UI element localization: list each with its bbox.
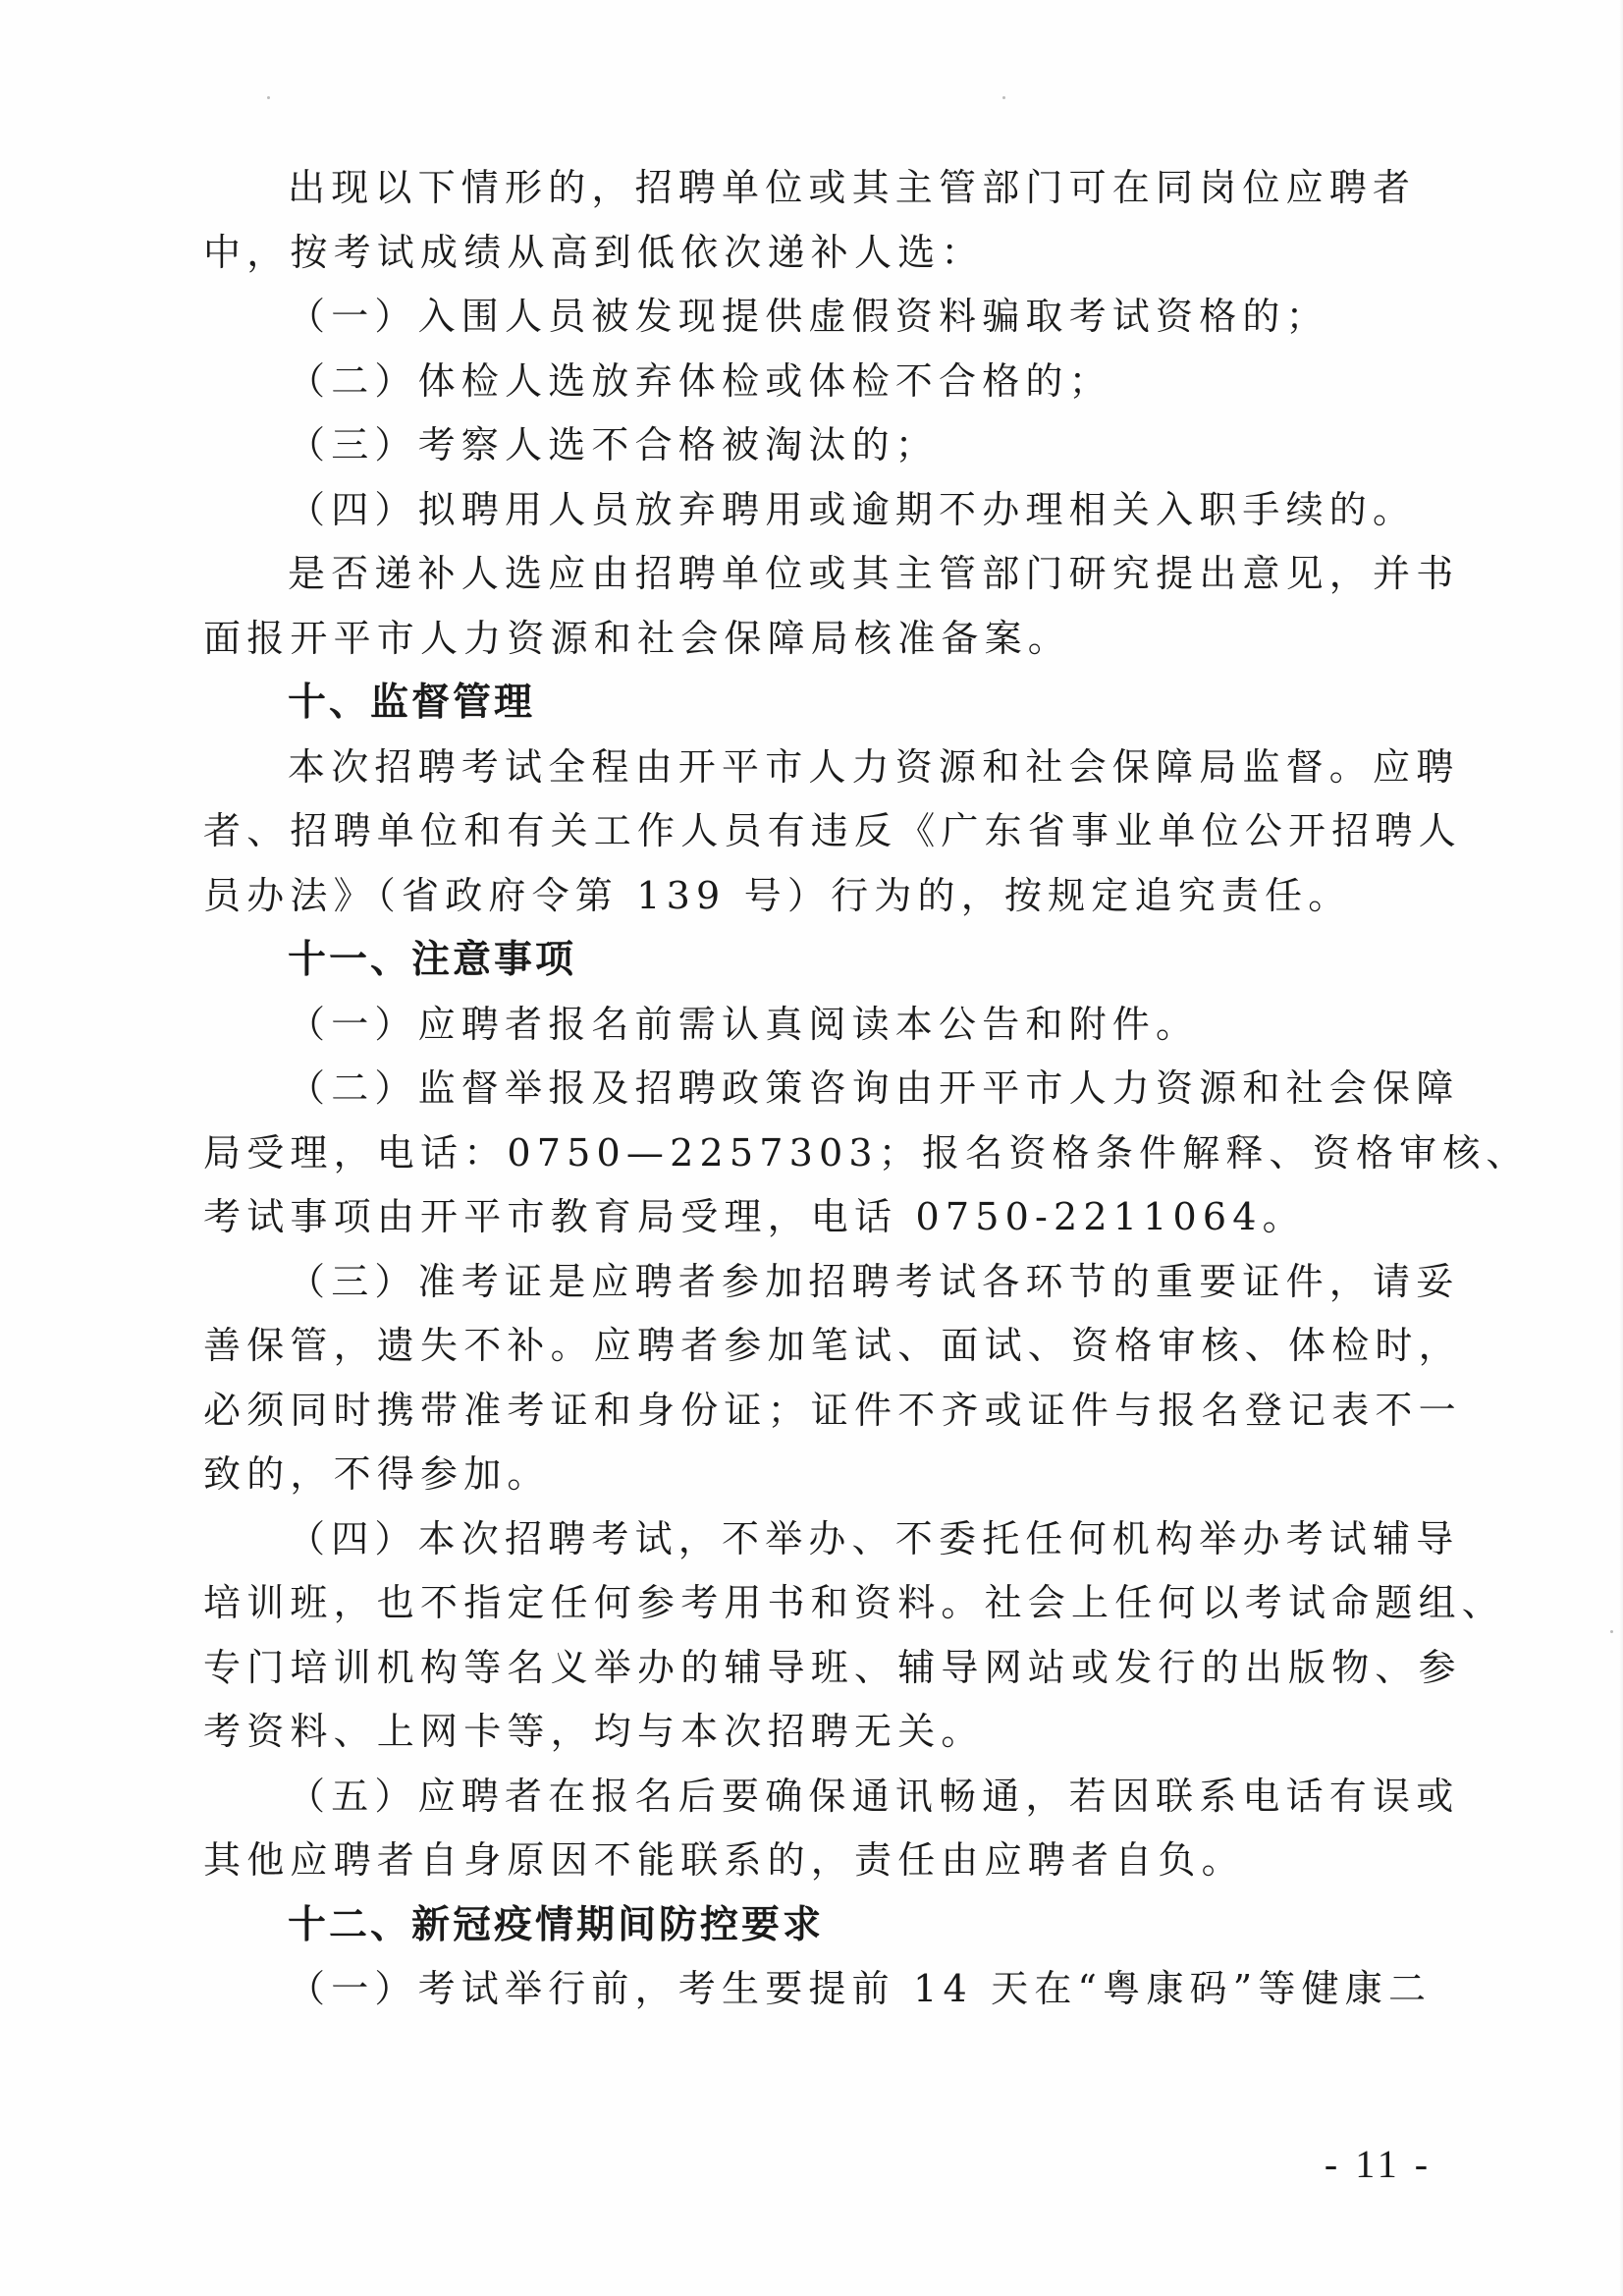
list-item: （四）拟聘用人员放弃聘用或逾期不办理相关入职手续的。 <box>203 478 1442 543</box>
list-item: （四）本次招聘考试，不举办、不委托任何机构举办考试辅导 <box>203 1507 1442 1572</box>
page-number: - 11 - <box>1312 2141 1444 2187</box>
paragraph-line: 局受理，电话：0750—2257303；报名资格条件解释、资格审核、 <box>203 1121 1442 1186</box>
document-page: 出现以下情形的，招聘单位或其主管部门可在同岗位应聘者 中，按考试成绩从高到低依次… <box>0 0 1623 2296</box>
paragraph-line: 致的，不得参加。 <box>203 1443 1442 1507</box>
scan-edge <box>1619 0 1623 2296</box>
paragraph-line: 员办法》（省政府令第 139 号）行为的，按规定追究责任。 <box>203 864 1442 929</box>
paragraph-line: 考资料、上网卡等，均与本次招聘无关。 <box>203 1700 1442 1765</box>
section-heading-supervision: 十、监督管理 <box>203 671 1442 736</box>
paragraph-line: 善保管，遗失不补。应聘者参加笔试、面试、资格审核、体检时， <box>203 1314 1442 1379</box>
paragraph-line: 中，按考试成绩从高到低依次递补人选： <box>203 221 1442 286</box>
list-item: （二）监督举报及招聘政策咨询由开平市人力资源和社会保障 <box>203 1057 1442 1121</box>
list-item: （一）应聘者报名前需认真阅读本公告和附件。 <box>203 993 1442 1058</box>
list-item: （一）入围人员被发现提供虚假资料骗取考试资格的； <box>203 285 1442 350</box>
scan-speck <box>1002 96 1005 99</box>
paragraph-line: 培训班，也不指定任何参考用书和资料。社会上任何以考试命题组、 <box>203 1571 1442 1636</box>
paragraph-line: 是否递补人选应由招聘单位或其主管部门研究提出意见，并书 <box>203 542 1442 607</box>
paragraph-line: 本次招聘考试全程由开平市人力资源和社会保障局监督。应聘 <box>203 736 1442 800</box>
section-heading-notes: 十一、注意事项 <box>203 928 1442 993</box>
scan-speck <box>267 96 270 99</box>
list-item: （二）体检人选放弃体检或体检不合格的； <box>203 350 1442 414</box>
paragraph-line: 必须同时携带准考证和身份证；证件不齐或证件与报名登记表不一 <box>203 1379 1442 1444</box>
document-body: 出现以下情形的，招聘单位或其主管部门可在同岗位应聘者 中，按考试成绩从高到低依次… <box>203 156 1442 2022</box>
paragraph-line: 专门培训机构等名义举办的辅导班、辅导网站或发行的出版物、参 <box>203 1636 1442 1701</box>
scan-speck <box>1610 1630 1613 1633</box>
list-item: （一）考试举行前，考生要提前 14 天在“粤康码”等健康二 <box>203 1957 1442 2022</box>
list-item: （五）应聘者在报名后要确保通讯畅通，若因联系电话有误或 <box>203 1765 1442 1830</box>
paragraph-line: 考试事项由开平市教育局受理，电话 0750-2211064。 <box>203 1185 1442 1250</box>
paragraph-line: 面报开平市人力资源和社会保障局核准备案。 <box>203 607 1442 672</box>
list-item: （三）准考证是应聘者参加招聘考试各环节的重要证件，请妥 <box>203 1250 1442 1315</box>
paragraph-line: 者、招聘单位和有关工作人员有违反《广东省事业单位公开招聘人 <box>203 799 1442 864</box>
list-item: （三）考察人选不合格被淘汰的； <box>203 413 1442 478</box>
paragraph-line: 其他应聘者自身原因不能联系的，责任由应聘者自负。 <box>203 1829 1442 1893</box>
paragraph-line: 出现以下情形的，招聘单位或其主管部门可在同岗位应聘者 <box>203 156 1442 221</box>
section-heading-epidemic-control: 十二、新冠疫情期间防控要求 <box>203 1893 1442 1958</box>
